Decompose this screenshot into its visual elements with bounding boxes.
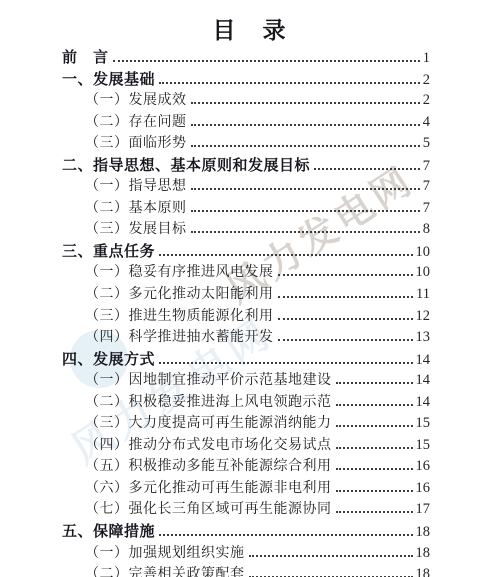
toc-leader-dots <box>249 552 413 557</box>
toc-page-number: 14 <box>416 394 431 411</box>
toc-leader-dots <box>113 57 420 62</box>
toc-entry-label: （三）发展目标 <box>85 218 187 238</box>
toc-page-number: 1 <box>423 50 430 67</box>
toc-page-number: 4 <box>423 114 430 131</box>
toc-page-number: 15 <box>416 415 431 432</box>
toc-row: 四、发展方式 14 <box>62 348 430 370</box>
toc-leader-dots <box>336 422 413 427</box>
toc-entry-label: 四、发展方式 <box>62 348 155 369</box>
toc-row: （六）多元化推动可再生能源非电利用 16 <box>62 477 430 499</box>
toc-page-number: 16 <box>416 480 431 497</box>
toc-entry-label: 前 言 <box>62 46 109 67</box>
toc-entry-label: 三、重点任务 <box>62 240 155 261</box>
toc-row: （一）发展成效 2 <box>62 89 430 111</box>
toc-page-number: 13 <box>416 329 431 346</box>
toc-page-number: 15 <box>416 437 431 454</box>
toc-leader-dots <box>191 207 420 212</box>
toc-row: （三）推进生物质能源化利用 12 <box>62 305 430 327</box>
toc-page-number: 2 <box>423 92 430 109</box>
toc-row: 三、重点任务 10 <box>62 240 430 262</box>
toc-leader-dots <box>336 487 413 492</box>
toc-entry-label: （四）推动分布式发电市场化交易试点 <box>85 434 332 454</box>
toc-page-number: 18 <box>416 545 431 562</box>
toc-row: （一）指导思想 7 <box>62 175 430 197</box>
toc-row: （一）加强规划组织实施 18 <box>62 542 430 564</box>
table-of-contents: 前 言 1 一、发展基础 2 （一）发展成效 2 （二）存在问题 4 （三）面临… <box>62 46 430 577</box>
toc-page-number: 14 <box>416 352 431 369</box>
toc-leader-dots <box>336 444 413 449</box>
toc-leader-dots <box>191 142 420 147</box>
toc-row: （二）完善相关政策配套 18 <box>62 563 430 577</box>
toc-leader-dots <box>336 401 413 406</box>
toc-row: 前 言 1 <box>62 46 430 68</box>
toc-entry-label: （一）稳妥有序推进风电发展 <box>85 261 274 281</box>
toc-entry-label: （七）强化长三角区域可再生能源协同 <box>85 498 332 518</box>
toc-row: （二）积极稳妥推进海上风电领跑示范 14 <box>62 391 430 413</box>
toc-entry-label: （四）科学推进抽水蓄能开发 <box>85 326 274 346</box>
toc-entry-label: （二）存在问题 <box>85 111 187 131</box>
toc-page-number: 2 <box>423 72 430 89</box>
toc-leader-dots <box>278 271 413 276</box>
toc-leader-dots <box>159 79 420 84</box>
toc-leader-dots <box>249 573 413 577</box>
toc-leader-dots <box>278 293 414 298</box>
toc-leader-dots <box>336 465 413 470</box>
toc-leader-dots <box>191 228 420 233</box>
toc-leader-dots <box>278 315 413 320</box>
toc-page-number: 10 <box>416 264 431 281</box>
toc-leader-dots <box>336 379 413 384</box>
toc-leader-dots <box>336 508 413 513</box>
toc-entry-label: （三）面临形势 <box>85 132 187 152</box>
toc-leader-dots <box>314 165 420 170</box>
toc-row: （一）因地制宜推动平价示范基地建设 14 <box>62 369 430 391</box>
toc-row: （二）多元化推动太阳能利用 11 <box>62 283 430 305</box>
toc-entry-label: （二）多元化推动太阳能利用 <box>85 283 274 303</box>
toc-leader-dots <box>191 121 420 126</box>
toc-entry-label: （一）发展成效 <box>85 89 187 109</box>
toc-row: （一）稳妥有序推进风电发展 10 <box>62 261 430 283</box>
toc-row: （三）面临形势 5 <box>62 132 430 154</box>
toc-leader-dots <box>159 359 412 364</box>
toc-entry-label: （一）因地制宜推动平价示范基地建设 <box>85 369 332 389</box>
toc-entry-label: （一）加强规划组织实施 <box>85 542 245 562</box>
toc-row: 一、发展基础 2 <box>62 68 430 90</box>
toc-page-number: 18 <box>416 566 431 577</box>
toc-page-number: 7 <box>423 200 430 217</box>
toc-leader-dots <box>191 99 420 104</box>
toc-page-number: 17 <box>416 501 431 518</box>
toc-leader-dots <box>191 185 420 190</box>
toc-leader-dots <box>159 251 412 256</box>
toc-page-number: 16 <box>416 458 431 475</box>
toc-entry-label: （五）积极推动多能互补能源综合利用 <box>85 455 332 475</box>
toc-leader-dots <box>159 531 412 536</box>
toc-page-number: 7 <box>423 158 430 175</box>
toc-row: （七）强化长三角区域可再生能源协同 17 <box>62 498 430 520</box>
page-title: 目 录 <box>0 12 500 45</box>
toc-page-number: 8 <box>423 221 430 238</box>
toc-entry-label: （三）推进生物质能源化利用 <box>85 305 274 325</box>
toc-entry-label: （三）大力度提高可再生能源消纳能力 <box>85 412 332 432</box>
toc-row: （二）存在问题 4 <box>62 111 430 133</box>
toc-leader-dots <box>278 336 413 341</box>
toc-entry-label: （二）积极稳妥推进海上风电领跑示范 <box>85 391 332 411</box>
toc-row: （四）推动分布式发电市场化交易试点 15 <box>62 434 430 456</box>
toc-page-number: 10 <box>416 244 431 261</box>
toc-entry-label: （二）基本原则 <box>85 197 187 217</box>
toc-page-number: 7 <box>423 178 430 195</box>
toc-entry-label: 一、发展基础 <box>62 68 155 89</box>
toc-page-number: 18 <box>416 524 431 541</box>
toc-entry-label: 五、保障措施 <box>62 520 155 541</box>
toc-row: 五、保障措施 18 <box>62 520 430 542</box>
document-page: 风力发电网 风力发电网 目 录 前 言 1 一、发展基础 2 （一）发展成效 2… <box>0 0 500 577</box>
toc-entry-label: （六）多元化推动可再生能源非电利用 <box>85 477 332 497</box>
toc-page-number: 11 <box>416 286 430 303</box>
toc-row: （二）基本原则 7 <box>62 197 430 219</box>
toc-page-number: 12 <box>416 308 431 325</box>
toc-row: （三）发展目标 8 <box>62 218 430 240</box>
toc-row: 二、指导思想、基本原则和发展目标 7 <box>62 154 430 176</box>
toc-page-number: 14 <box>416 372 431 389</box>
toc-entry-label: 二、指导思想、基本原则和发展目标 <box>62 154 310 175</box>
toc-row: （四）科学推进抽水蓄能开发 13 <box>62 326 430 348</box>
toc-page-number: 5 <box>423 135 430 152</box>
toc-row: （三）大力度提高可再生能源消纳能力 15 <box>62 412 430 434</box>
toc-entry-label: （一）指导思想 <box>85 175 187 195</box>
toc-entry-label: （二）完善相关政策配套 <box>85 563 245 577</box>
toc-row: （五）积极推动多能互补能源综合利用 16 <box>62 455 430 477</box>
